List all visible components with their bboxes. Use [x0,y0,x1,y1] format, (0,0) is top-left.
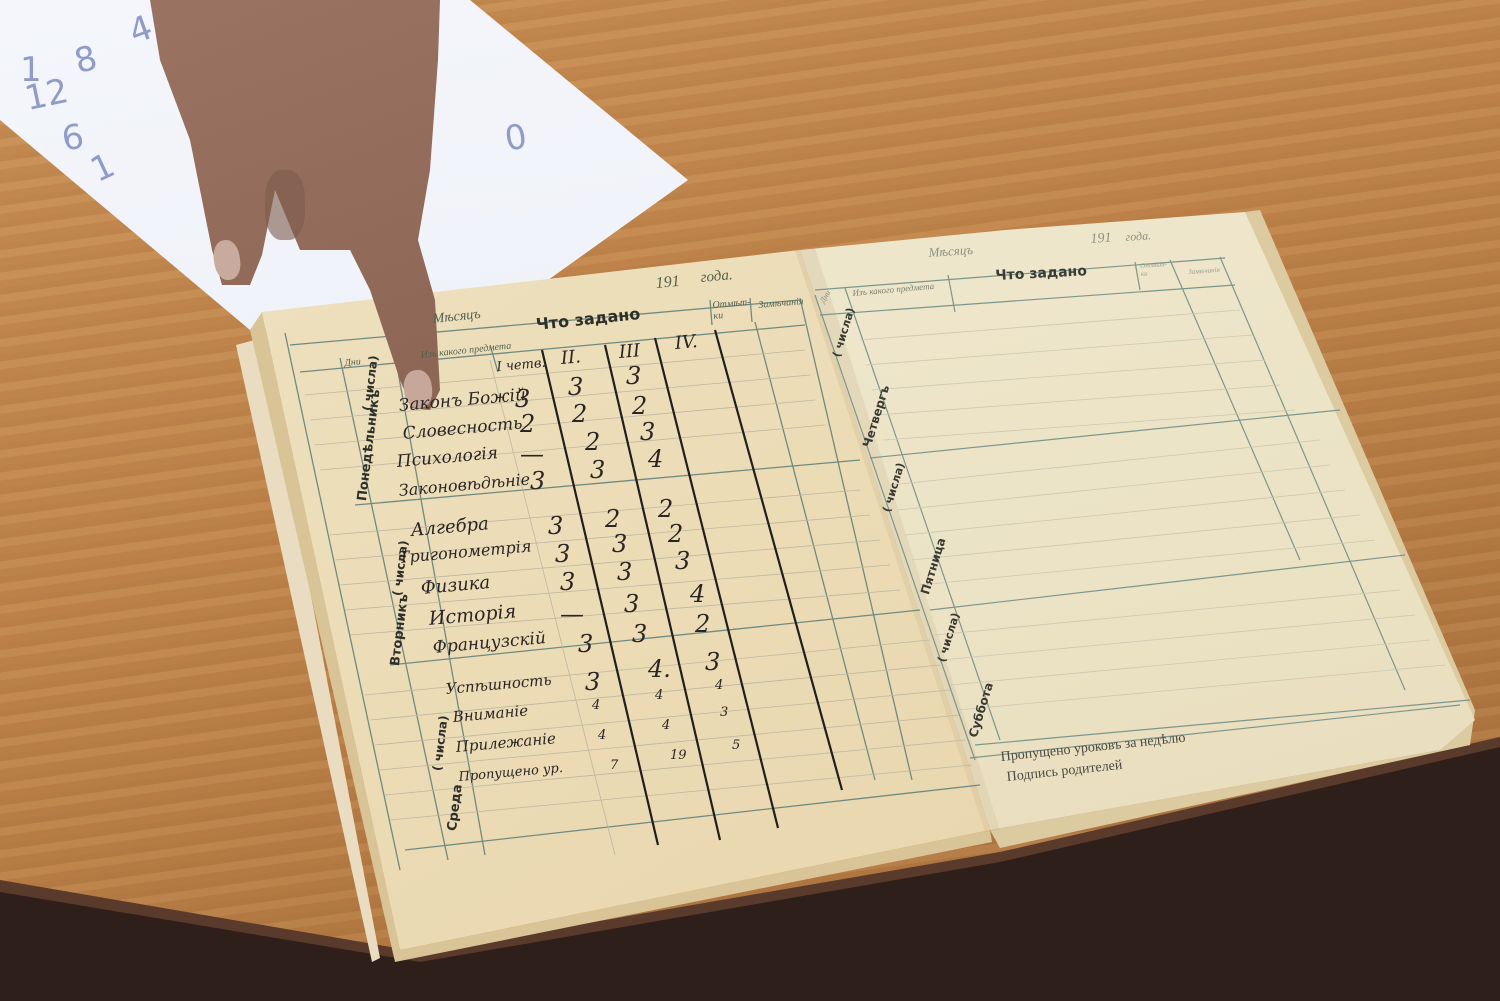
grade-cell: 3 [568,373,583,401]
grade-cell: 4. [648,655,671,683]
grade-cell: 3 [720,705,728,720]
grade-cell: 2 [572,400,587,428]
grade-cell: 3 [632,620,647,648]
quarter-4-header: IV. [674,331,698,354]
grade-cell: 3 [590,456,605,484]
grade-cell: 3 [626,362,641,390]
grade-cell: 3 [548,512,563,540]
grade-cell: 2 [585,428,600,456]
grade-cell: 2 [605,505,620,533]
grade-cell: 3 [515,385,530,413]
hand-shadow [265,170,305,240]
right-year-label: 191 [1090,231,1112,248]
grade-cell: — [560,600,584,628]
grade-cell: 2 [695,610,710,638]
grade-cell: 2 [658,495,673,523]
right-col-marks: Отмѣт- ки [1140,260,1168,278]
left-year-suffix: года. [700,267,733,287]
grade-cell: 4 [592,698,600,713]
grade-cell: 4 [655,688,663,703]
grade-cell: 4 [690,580,705,608]
left-year-label: 191 [655,273,680,293]
grade-cell: 3 [578,630,593,658]
grade-cell: 3 [617,558,632,586]
grade-cell: 4 [662,718,670,733]
grade-cell: 3 [612,530,627,558]
left-col-days: Дни [344,356,361,369]
grade-cell: 4 [598,728,606,743]
grade-cell: 4 [648,445,663,473]
grade-cell: 3 [675,547,690,575]
right-month-label: Мѣсяцъ [928,242,974,261]
quarter-2-header: II. [560,346,582,369]
grade-cell: 19 [670,748,687,763]
grade-cell: 2 [520,410,535,438]
grade-cell: 3 [624,590,639,618]
grade-cell: 5 [732,738,740,753]
grade-cell: 3 [560,568,575,596]
grade-cell: 3 [530,467,545,495]
grade-cell: 4 [715,678,723,693]
grade-cell: — [520,440,544,468]
grade-cell: 3 [555,540,570,568]
left-col-marks: Отмѣт- ки [712,297,752,322]
grade-cell: 3 [705,648,720,676]
right-year-suffix: года. [1125,228,1152,245]
grade-cell: 3 [585,668,600,696]
grade-cell: 7 [610,758,618,773]
grade-cell: 2 [632,392,647,420]
grade-cell: 2 [668,520,683,548]
quarter-3-header: III [618,340,641,363]
grade-cell: 3 [640,418,655,446]
